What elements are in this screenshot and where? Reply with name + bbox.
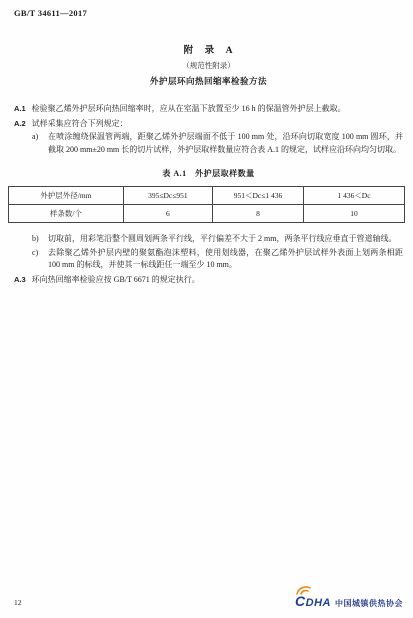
list-item-b-text: 切取前，用彩笔沿整个圆周划两条平行线，平行偏差不大于 2 mm，两条平行线应垂直… bbox=[48, 233, 403, 246]
list-item-c-label: c) bbox=[32, 247, 48, 272]
clause-a3-text: 环向热回缩率检验应按 GB/T 6671 的规定执行。 bbox=[32, 275, 200, 284]
list-item-b-label: b) bbox=[32, 233, 48, 246]
table-cell-count-3: 10 bbox=[304, 205, 405, 223]
appendix-subtitle: （规范性附录） bbox=[14, 60, 403, 71]
list-item-a-text: 在喷涂缠绕保温管两端，距聚乙烯外护层端面不低于 100 mm 处，沿环向切取宽度… bbox=[48, 131, 403, 156]
table-caption: 表 A.1 外护层取样数量 bbox=[14, 168, 403, 179]
table-cell-count-2: 8 bbox=[212, 205, 303, 223]
org-logo: CDHA 中国城镇供热协会 bbox=[295, 586, 403, 611]
document-page: GB/T 34611—2017 附 录 A （规范性附录） 外护层环向热回缩率检… bbox=[0, 0, 413, 618]
list-item-c-text: 去除聚乙烯外护层内壁的聚氨酯泡沫塑料，使用划线器，在聚乙烯外护层试样外表面上划两… bbox=[48, 247, 403, 272]
page-content: 附 录 A （规范性附录） 外护层环向热回缩率检验方法 A.1检验聚乙烯外护层环… bbox=[14, 42, 403, 286]
table-cell-count-1: 6 bbox=[123, 205, 212, 223]
logo-arcs-icon bbox=[296, 586, 314, 595]
standard-code: GB/T 34611—2017 bbox=[14, 8, 87, 18]
logo-letters-dha: DHA bbox=[306, 597, 331, 609]
clause-a2-text: 试样采集应符合下列规定： bbox=[32, 119, 128, 128]
org-name: 中国城镇供热协会 bbox=[335, 598, 403, 611]
table-cell-range-1: 395≤Dc≤951 bbox=[123, 187, 212, 205]
appendix-heading: 外护层环向热回缩率检验方法 bbox=[14, 75, 403, 87]
list-item-c: c) 去除聚乙烯外护层内壁的聚氨酯泡沫塑料，使用划线器，在聚乙烯外护层试样外表面… bbox=[14, 247, 403, 272]
sample-quantity-table: 外护层外径/mm 395≤Dc≤951 951＜Dc≤1 436 1 436＜D… bbox=[8, 186, 405, 223]
logo-wordmark: CDHA bbox=[295, 593, 331, 610]
table-row: 样条数/个 6 8 10 bbox=[9, 205, 405, 223]
clause-a3: A.3环向热回缩率检验应按 GB/T 6671 的规定执行。 bbox=[14, 274, 403, 286]
logo-letter-c: C bbox=[295, 593, 306, 609]
cdha-logo-mark: CDHA bbox=[295, 586, 331, 611]
clause-a1-text: 检验聚乙烯外护层环向热回缩率时，应从在室温下放置至少 16 h 的保温管外护层上… bbox=[32, 104, 346, 113]
table-cell-range-3: 1 436＜Dc bbox=[304, 187, 405, 205]
appendix-title: 附 录 A bbox=[14, 42, 403, 56]
table-row: 外护层外径/mm 395≤Dc≤951 951＜Dc≤1 436 1 436＜D… bbox=[9, 187, 405, 205]
clause-a3-label: A.3 bbox=[14, 275, 26, 284]
table-cell-diameter-header: 外护层外径/mm bbox=[9, 187, 124, 205]
table-cell-range-2: 951＜Dc≤1 436 bbox=[212, 187, 303, 205]
table-cell-count-header: 样条数/个 bbox=[9, 205, 124, 223]
clause-a2-label: A.2 bbox=[14, 119, 26, 128]
list-item-a-label: a) bbox=[32, 131, 48, 156]
clause-a1-label: A.1 bbox=[14, 104, 26, 113]
clause-a1: A.1检验聚乙烯外护层环向热回缩率时，应从在室温下放置至少 16 h 的保温管外… bbox=[14, 103, 403, 115]
clause-a2: A.2试样采集应符合下列规定： bbox=[14, 118, 403, 130]
list-item-b: b) 切取前，用彩笔沿整个圆周划两条平行线，平行偏差不大于 2 mm，两条平行线… bbox=[14, 233, 403, 246]
page-number: 12 bbox=[14, 598, 22, 607]
list-item-a: a) 在喷涂缠绕保温管两端，距聚乙烯外护层端面不低于 100 mm 处，沿环向切… bbox=[14, 131, 403, 156]
